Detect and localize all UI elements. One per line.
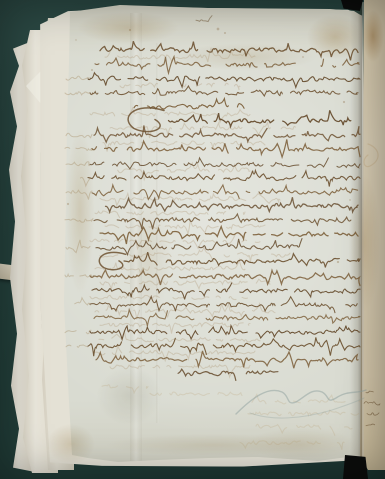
ink-stroke (364, 144, 378, 167)
foxing-speck (129, 29, 131, 31)
ink-stroke (95, 211, 245, 218)
ink-stroke (90, 295, 253, 299)
foxing-speck (302, 56, 304, 58)
ink-stroke (66, 76, 90, 80)
handwriting-layer (0, 0, 385, 479)
foxing-speck (67, 203, 69, 205)
ink-stroke (95, 57, 359, 74)
ink-stroke (75, 298, 90, 305)
ink-stroke (66, 240, 90, 253)
ink-stroke (90, 270, 360, 286)
foxing-speck (351, 331, 353, 333)
foxing-speck (217, 28, 220, 31)
ink-stroke (80, 177, 98, 186)
ink-stroke (367, 413, 379, 415)
ink-stroke (88, 171, 360, 187)
ink-stroke (128, 108, 164, 132)
ink-stroke (110, 365, 250, 377)
ink-stroke (65, 218, 93, 222)
foxing-specks (67, 28, 353, 333)
ink-stroke (124, 252, 360, 267)
ink-stroke (65, 92, 93, 95)
bleed-through-text (65, 49, 306, 377)
ink-stroke (102, 385, 148, 393)
ink-stroke (366, 424, 378, 426)
ink-stroke (66, 133, 92, 138)
ink-stroke (256, 424, 352, 435)
handwritten-text-lines (88, 41, 366, 380)
ink-stroke (65, 147, 93, 150)
foxing-speck (349, 199, 351, 201)
ink-stroke (90, 86, 358, 96)
marginal-notes (196, 16, 380, 426)
ink-stroke (90, 326, 360, 340)
ink-stroke (366, 391, 379, 393)
ink-stroke (100, 279, 270, 289)
ink-stroke (196, 16, 212, 22)
foxing-speck (311, 119, 313, 121)
ink-stroke (66, 345, 95, 347)
ink-stroke (65, 274, 93, 277)
ink-stroke (100, 227, 358, 244)
foxing-speck (343, 101, 345, 103)
ink-stroke (236, 390, 366, 414)
ink-stroke (240, 441, 344, 450)
ink-stroke (150, 392, 242, 396)
ink-stroke (90, 158, 360, 169)
ink-stroke (65, 330, 91, 334)
ink-stroke (169, 110, 362, 126)
ink-stroke (248, 410, 362, 416)
foxing-speck (91, 69, 93, 71)
foxing-speck (337, 261, 339, 263)
manuscript-photo (0, 0, 385, 479)
ink-stroke (66, 190, 92, 199)
ink-stroke (95, 260, 245, 275)
ink-stroke (90, 108, 250, 122)
ink-stroke (364, 402, 380, 406)
ink-stroke (120, 83, 240, 90)
ink-stroke (94, 310, 360, 326)
foxing-speck (75, 39, 76, 40)
ink-stroke (99, 252, 125, 269)
foxing-speck (224, 32, 226, 34)
binding-clamp-bottom (343, 455, 368, 479)
ink-stroke (66, 162, 90, 166)
